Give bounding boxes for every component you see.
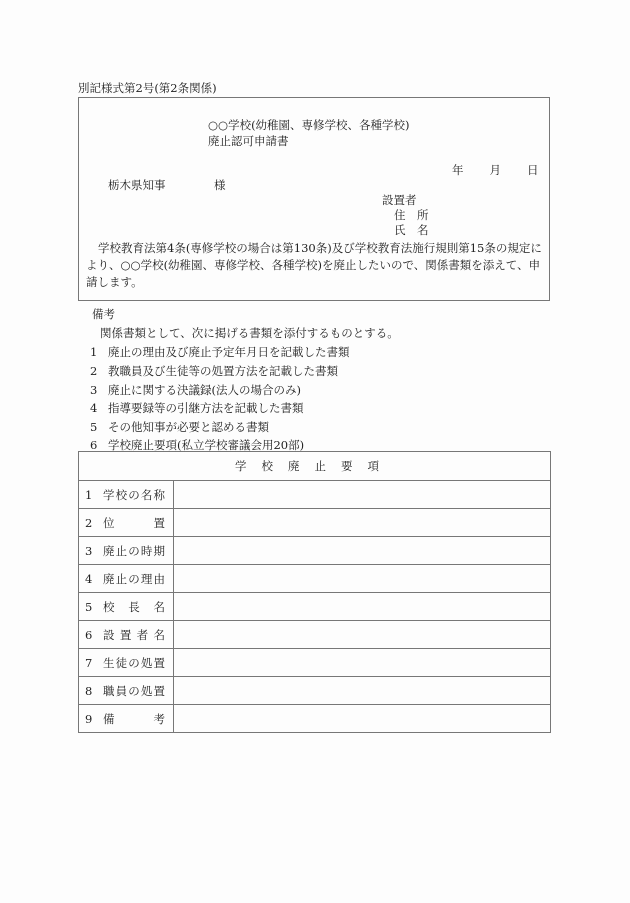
date-field[interactable]: 年月日: [452, 162, 539, 178]
remarks-intro: 関係書類として、次に掲げる書類を添付するものとする。: [100, 325, 399, 341]
school-name-field[interactable]: [174, 481, 551, 509]
closure-reason-field[interactable]: [174, 565, 551, 593]
addressee: 栃木県知事: [108, 177, 166, 193]
table-row: 5校長名: [79, 593, 551, 621]
list-item: 5その他知事が必要と認める書類: [90, 419, 269, 435]
principal-name-field[interactable]: [174, 593, 551, 621]
table-row: 4廃止の理由: [79, 565, 551, 593]
table-header: 学校廃止要項: [79, 452, 551, 481]
table-row: 7生徒の処置: [79, 649, 551, 677]
closure-date-field[interactable]: [174, 537, 551, 565]
list-item: 2教職員及び生徒等の処置方法を記載した書類: [90, 363, 338, 379]
list-item: 1廃止の理由及び廃止予定年月日を記載した書類: [90, 344, 350, 360]
application-title-line2: 廃止認可申請書: [208, 133, 289, 149]
list-item: 4指導要録等の引継方法を記載した書類: [90, 400, 304, 416]
honorific: 様: [214, 177, 226, 193]
location-field[interactable]: [174, 509, 551, 537]
school-closure-table: 学校廃止要項 1学校の名称 2位置 3廃止の時期 4廃止の理由 5校長名 6設置…: [78, 451, 551, 733]
day-label: 日: [527, 162, 539, 178]
founder-name-field[interactable]: [174, 621, 551, 649]
name-label[interactable]: 氏 名: [394, 222, 429, 238]
student-disposition-field[interactable]: [174, 649, 551, 677]
table-row: 6設置者名: [79, 621, 551, 649]
month-label: 月: [490, 162, 502, 178]
founder-label: 設置者: [382, 192, 417, 208]
application-body: 学校教育法第4条(専修学校の場合は第130条)及び学校教育法施行規則第15条の規…: [86, 240, 546, 291]
year-label: 年: [452, 162, 464, 178]
form-number-label: 別記様式第2号(第2条関係): [78, 80, 217, 96]
remarks-field[interactable]: [174, 705, 551, 733]
table-row: 2位置: [79, 509, 551, 537]
table-row: 8職員の処置: [79, 677, 551, 705]
table-row: 9備考: [79, 705, 551, 733]
address-label[interactable]: 住 所: [394, 207, 429, 223]
table-row: 1学校の名称: [79, 481, 551, 509]
staff-disposition-field[interactable]: [174, 677, 551, 705]
remarks-title: 備考: [92, 306, 115, 322]
application-title-line1: ○○学校(幼稚園、専修学校、各種学校): [208, 117, 410, 133]
table-row: 3廃止の時期: [79, 537, 551, 565]
list-item: 3廃止に関する決議録(法人の場合のみ): [90, 382, 301, 398]
